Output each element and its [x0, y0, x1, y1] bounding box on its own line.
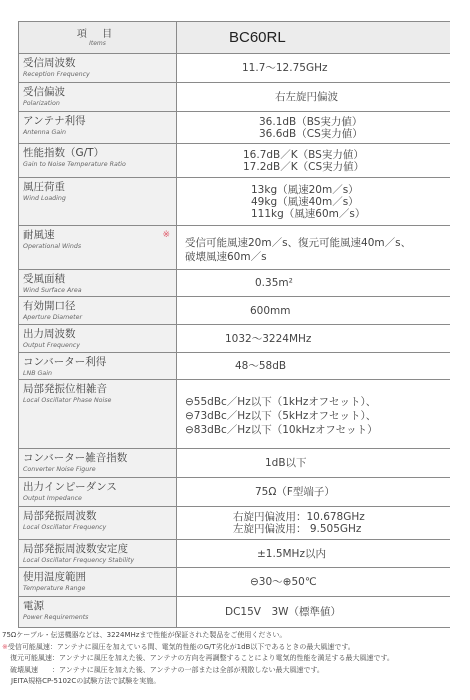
model-header: BC60RL: [177, 22, 451, 54]
value-line: ⊖30～⊕50℃: [250, 576, 450, 588]
value-line: ⊖73dBc／Hz以下（5kHzオフセット）、: [185, 409, 450, 423]
row-value: 右左旋円偏波: [177, 83, 451, 112]
row-label: 性能指数（G/T） Gain to Noise Temperature Rati…: [19, 144, 177, 178]
label-jp: 局部発振周波数: [19, 507, 176, 523]
row-label: 耐風速 Operational Winds※: [19, 226, 177, 270]
label-en: Polarization: [19, 99, 176, 109]
table-row: 局部発振周波数 Local Oscillator Frequency右旋円偏波用…: [19, 507, 451, 540]
table-row: 耐風速 Operational Winds※受信可能風速20m／s、復元可能風速…: [19, 226, 451, 270]
label-jp: コンバーター雑音指数: [19, 449, 176, 465]
label-en: Output Frequency: [19, 341, 176, 351]
row-label: 受信偏波 Polarization: [19, 83, 177, 112]
table-row: 風圧荷重 Wind Loading13kg（風速20m／s）49kg（風速40m…: [19, 178, 451, 226]
label-jp: 出力周波数: [19, 325, 176, 341]
label-jp: 耐風速: [19, 226, 176, 242]
row-value: ±1.5MHz以内: [177, 540, 451, 568]
label-jp: 性能指数（G/T）: [19, 144, 176, 160]
row-value: 600mm: [177, 297, 451, 325]
value-line: 600mm: [250, 305, 450, 317]
value-line: 75Ω（F型端子）: [255, 486, 450, 498]
label-jp: 出力インピーダンス: [19, 478, 176, 494]
note-cable: 75Ωケーブル・伝送機器などは、3224MHzまで性能が保証された製品をご使用く…: [2, 630, 470, 642]
value-line: 破壊風速60m／s: [185, 250, 450, 264]
row-value: 75Ω（F型端子）: [177, 478, 451, 507]
table-row: 局部発振位相雑音 Local Oscillator Phase Noise⊖55…: [19, 380, 451, 449]
row-value: DC15V 3W（標準値）: [177, 597, 451, 628]
footnotes: 75Ωケーブル・伝送機器などは、3224MHzまで性能が保証された製品をご使用く…: [2, 630, 470, 688]
table-row: アンテナ利得 Antenna Gain36.1dB（BS実力値）36.6dB（C…: [19, 112, 451, 144]
row-value: ⊖30～⊕50℃: [177, 568, 451, 597]
table-row: 電源 Power RequirementsDC15V 3W（標準値）: [19, 597, 451, 628]
label-en: Local Oscillator Frequency: [19, 523, 176, 533]
label-jp: 局部発振位相雑音: [19, 380, 176, 396]
table-row: 性能指数（G/T） Gain to Noise Temperature Rati…: [19, 144, 451, 178]
label-jp: 受信周波数: [19, 54, 176, 70]
row-value: 1dB以下: [177, 449, 451, 478]
row-value: 受信可能風速20m／s、復元可能風速40m／s、破壊風速60m／s: [177, 226, 451, 270]
value-line: 13kg（風速20m／s）: [251, 184, 450, 196]
row-value: 48～58dB: [177, 353, 451, 380]
row-label: 局部発振位相雑音 Local Oscillator Phase Noise: [19, 380, 177, 449]
row-value: 13kg（風速20m／s）49kg（風速40m／s）111kg（風速60m／s）: [177, 178, 451, 226]
label-en: Aperture Diameter: [19, 313, 176, 323]
table-row: 出力インピーダンス Output Impedance75Ω（F型端子）: [19, 478, 451, 507]
row-label: コンバーター利得 LNB Gain: [19, 353, 177, 380]
row-value: 1032～3224MHz: [177, 325, 451, 353]
label-jp: 受風面積: [19, 270, 176, 286]
label-en: Operational Winds: [19, 242, 176, 252]
row-label: 有効開口径 Aperture Diameter: [19, 297, 177, 325]
value-line: 1032～3224MHz: [225, 333, 450, 345]
label-en: Power Requirements: [19, 613, 176, 623]
value-line: ±1.5MHz以内: [257, 548, 450, 560]
value-line: 1dB以下: [265, 457, 450, 469]
value-line: 36.1dB（BS実力値）: [259, 116, 450, 128]
value-line: 右旋円偏波用：10.678GHz: [233, 511, 450, 523]
row-label: 受風面積 Wind Surface Area: [19, 270, 177, 297]
header-row: 項 目 Items BC60RL: [19, 22, 451, 54]
label-en: LNB Gain: [19, 369, 176, 379]
items-header: 項 目 Items: [19, 22, 177, 54]
table-row: 受風面積 Wind Surface Area0.35m²: [19, 270, 451, 297]
label-jp: 風圧荷重: [19, 178, 176, 194]
table-row: 局部発振周波数安定度 Local Oscillator Frequency St…: [19, 540, 451, 568]
row-label: 電源 Power Requirements: [19, 597, 177, 628]
value-line: 0.35m²: [255, 277, 450, 289]
value-line: 11.7～12.75GHz: [242, 62, 450, 74]
label-en: Gain to Noise Temperature Ratio: [19, 160, 176, 170]
table-row: コンバーター利得 LNB Gain48～58dB: [19, 353, 451, 380]
row-value: 右旋円偏波用：10.678GHz左旋円偏波用： 9.505GHz: [177, 507, 451, 540]
row-value: 16.7dB／K（BS実力値）17.2dB／K（CS実力値）: [177, 144, 451, 178]
label-jp: 電源: [19, 597, 176, 613]
note-destruction-wind: 破壊風速 ：アンテナに風圧を加えた後、アンテナの一部または全部が飛散しない最大風…: [2, 665, 470, 677]
row-value: 0.35m²: [177, 270, 451, 297]
row-label: アンテナ利得 Antenna Gain: [19, 112, 177, 144]
label-en: Antenna Gain: [19, 128, 176, 138]
label-en: Output Impedance: [19, 494, 176, 504]
value-line: 17.2dB／K（CS実力値）: [243, 161, 450, 173]
value-line: 36.6dB（CS実力値）: [259, 128, 450, 140]
table-row: 受信偏波 Polarization右左旋円偏波: [19, 83, 451, 112]
note-restorable-wind: 復元可能風速：アンテナに風圧を加えた後、アンテナの方向を再調整することにより電気…: [2, 653, 470, 665]
label-en: Local Oscillator Frequency Stability: [19, 556, 176, 566]
row-label: 受信周波数 Reception Frequency: [19, 54, 177, 83]
value-line: 48～58dB: [235, 360, 450, 372]
table-row: 使用温度範囲 Temperature Range⊖30～⊕50℃: [19, 568, 451, 597]
row-label: コンバーター雑音指数 Converter Noise Figure: [19, 449, 177, 478]
table-row: 受信周波数 Reception Frequency11.7～12.75GHz: [19, 54, 451, 83]
row-label: 局部発振周波数安定度 Local Oscillator Frequency St…: [19, 540, 177, 568]
label-en: Wind Loading: [19, 194, 176, 204]
label-jp: コンバーター利得: [19, 353, 176, 369]
value-line: 受信可能風速20m／s、復元可能風速40m／s、: [185, 236, 450, 250]
note-receivable-wind: ※受信可能風速：アンテナに風圧を加えている間、電気的性能のG/T劣化が1dB以下…: [2, 642, 470, 654]
value-line: 49kg（風速40m／s）: [251, 196, 450, 208]
row-label: 出力インピーダンス Output Impedance: [19, 478, 177, 507]
value-line: 16.7dB／K（BS実力値）: [243, 149, 450, 161]
label-jp: 局部発振周波数安定度: [19, 540, 176, 556]
table-row: コンバーター雑音指数 Converter Noise Figure1dB以下: [19, 449, 451, 478]
row-value: 11.7～12.75GHz: [177, 54, 451, 83]
value-line: 右左旋円偏波: [275, 91, 450, 103]
row-label: 使用温度範囲 Temperature Range: [19, 568, 177, 597]
value-line: DC15V 3W（標準値）: [225, 606, 450, 618]
row-label: 出力周波数 Output Frequency: [19, 325, 177, 353]
label-en: Converter Noise Figure: [19, 465, 176, 475]
label-jp: 有効開口径: [19, 297, 176, 313]
row-value: ⊖55dBc／Hz以下（1kHzオフセット）、⊖73dBc／Hz以下（5kHzオ…: [177, 380, 451, 449]
table-row: 有効開口径 Aperture Diameter600mm: [19, 297, 451, 325]
label-en: Wind Surface Area: [19, 286, 176, 296]
value-line: 111kg（風速60m／s）: [251, 208, 450, 220]
value-line: ⊖55dBc／Hz以下（1kHzオフセット）、: [185, 395, 450, 409]
label-en: Temperature Range: [19, 584, 176, 594]
label-jp: アンテナ利得: [19, 112, 176, 128]
label-en: Reception Frequency: [19, 70, 176, 80]
row-label: 局部発振周波数 Local Oscillator Frequency: [19, 507, 177, 540]
value-line: 左旋円偏波用： 9.505GHz: [233, 523, 450, 535]
label-jp: 使用温度範囲: [19, 568, 176, 584]
spec-table: 項 目 Items BC60RL 受信周波数 Reception Frequen…: [18, 21, 450, 628]
row-value: 36.1dB（BS実力値）36.6dB（CS実力値）: [177, 112, 451, 144]
row-label: 風圧荷重 Wind Loading: [19, 178, 177, 226]
asterisk-mark-icon: ※: [162, 230, 170, 240]
value-line: ⊖83dBc／Hz以下（10kHzオフセット）: [185, 423, 450, 437]
items-header-jp: 項 目: [19, 22, 176, 40]
note-jeita: JEITA規格CP-5102Cの試験方法で試験を実施。: [2, 676, 470, 688]
table-row: 出力周波数 Output Frequency1032～3224MHz: [19, 325, 451, 353]
label-en: Local Oscillator Phase Noise: [19, 396, 176, 406]
label-jp: 受信偏波: [19, 83, 176, 99]
items-header-en: Items: [19, 40, 176, 47]
